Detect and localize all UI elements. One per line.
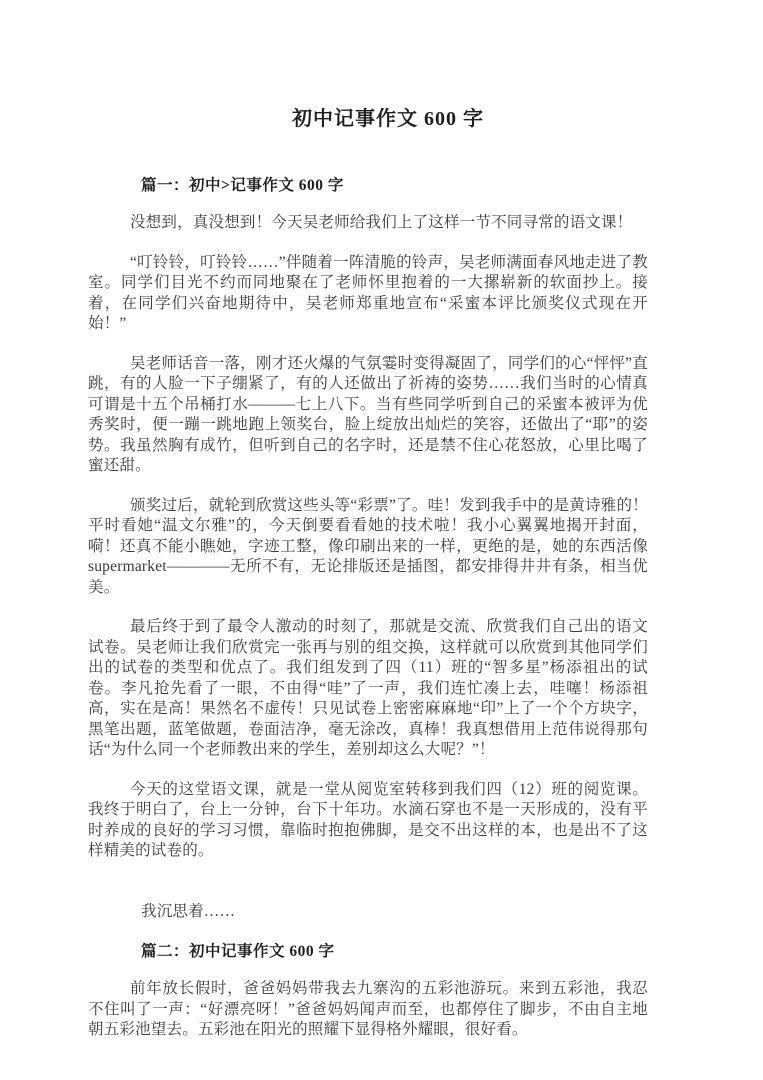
document-content: 初中记事作文 600 字 篇一：初中>记事作文 600 字 没想到，真没想到！今… [0,0,763,1041]
section-two-heading: 篇二：初中记事作文 600 字 [88,941,763,963]
paragraph: 前年放长假时，爸爸妈妈带我去九寨沟的五彩池游玩。来到五彩池，我忍不住叫了一声：“… [88,979,648,1041]
paragraph: 吴老师话音一落，刚才还火爆的气氛霎时变得凝固了，同学们的心“怦怦”直跳，有的人脸… [88,354,648,477]
paragraph: “叮铃铃，叮铃铃……”伴随着一阵清脆的铃声，吴老师满面春风地走进了教室。同学们目… [88,253,648,335]
document-page: 初中记事作文 600 字 篇一：初中>记事作文 600 字 没想到，真没想到！今… [0,0,763,1080]
paragraph-closing-thought: 我沉思着…… [88,902,648,923]
paragraph: 颁奖过后，就轮到欣赏这些头等“彩票”了。哇！发到我手中的是黄诗雅的！平时看她“温… [88,496,648,599]
section-one-heading: 篇一：初中>记事作文 600 字 [88,175,763,197]
paragraph: 最后终于到了最令人激动的时刻了，那就是交流、欣赏我们自己出的语文试卷。吴老师让我… [88,617,648,761]
paragraph: 今天的这堂语文课，就是一堂从阅览室转移到我们四（12）班的阅览课。我终于明白了，… [88,780,648,862]
paragraph: 没想到，真没想到！今天吴老师给我们上了这样一节不同寻常的语文课！ [88,213,648,234]
section-two: 篇二：初中记事作文 600 字 前年放长假时，爸爸妈妈带我去九寨沟的五彩池游玩。… [88,941,763,1041]
document-title: 初中记事作文 600 字 [88,105,688,133]
section-one: 篇一：初中>记事作文 600 字 没想到，真没想到！今天吴老师给我们上了这样一节… [88,175,763,922]
